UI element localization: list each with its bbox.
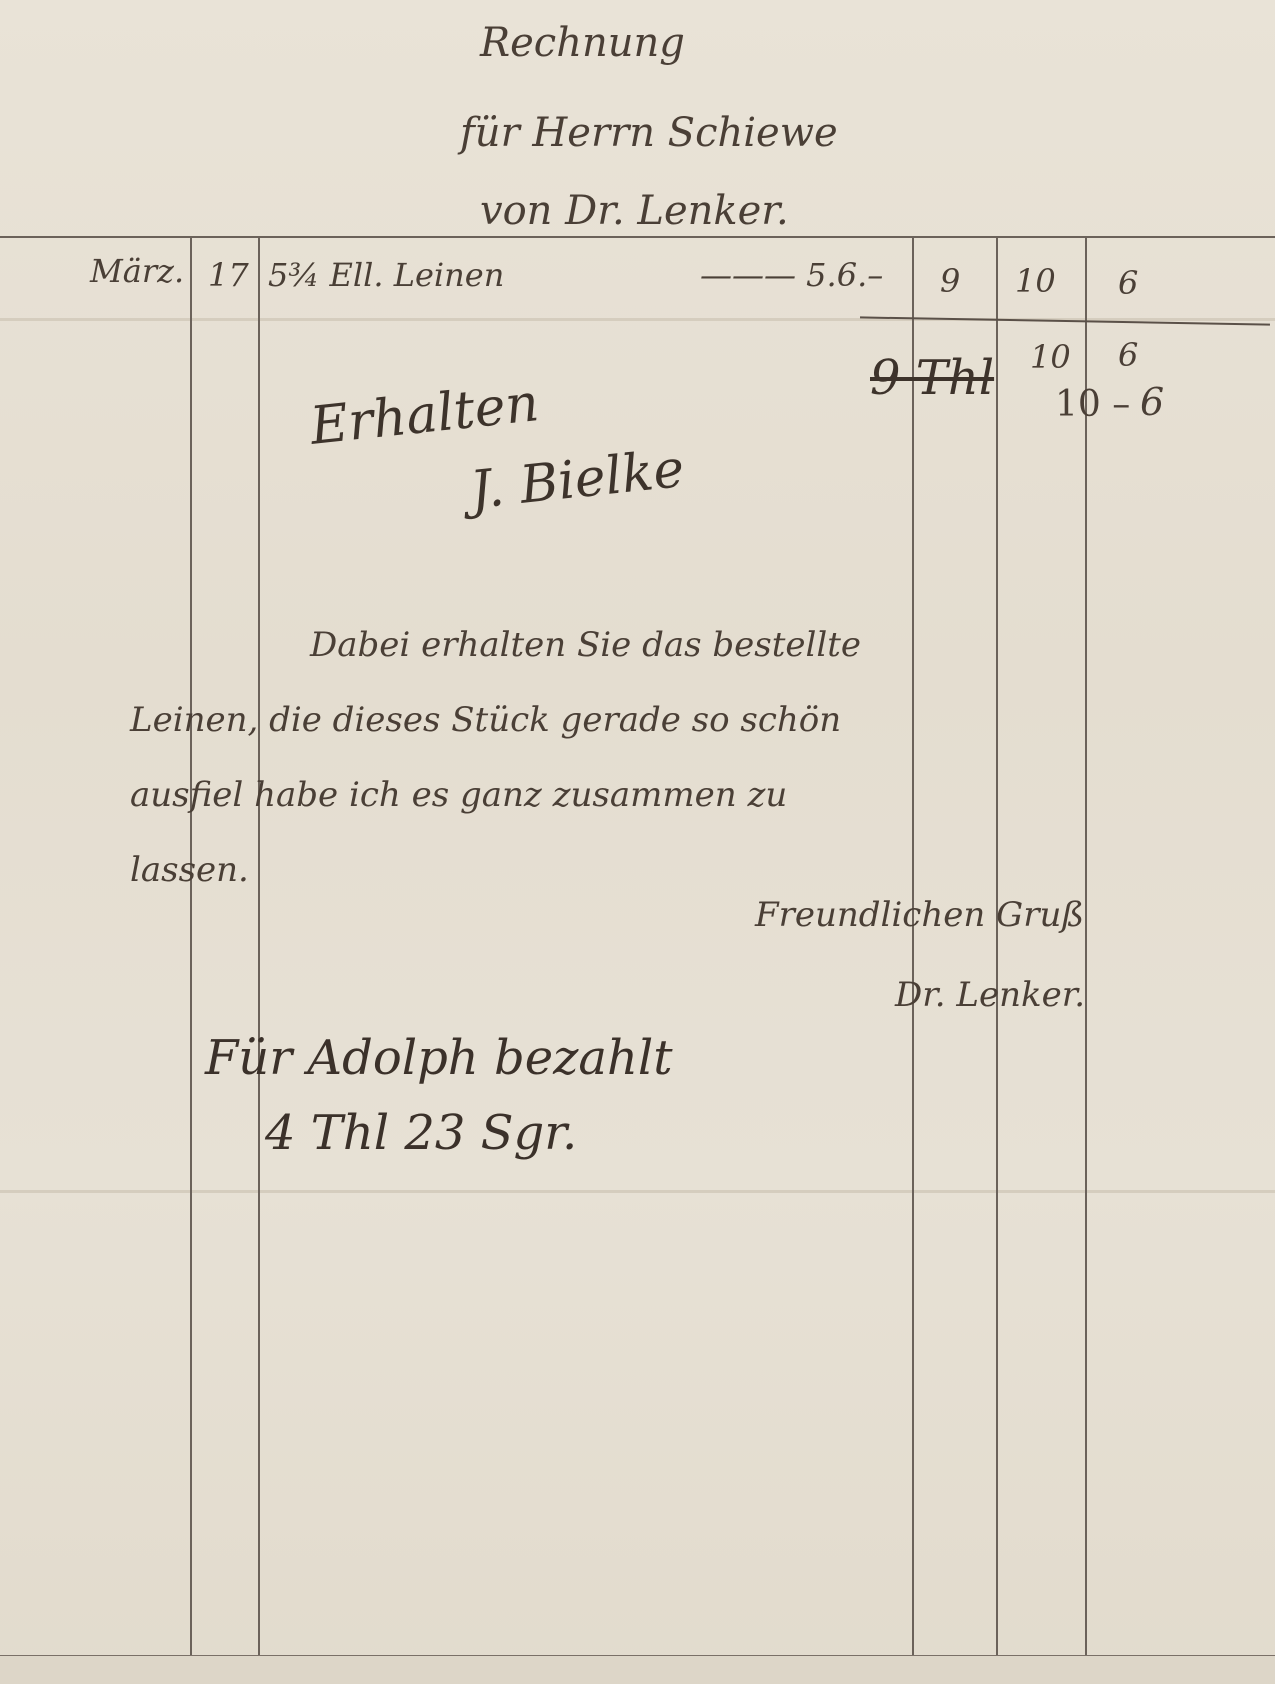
ledger-column-rule-pfennig: [1085, 236, 1087, 1656]
total-groschen: 10 –: [1055, 384, 1130, 425]
ledger-column-rule-thaler: [912, 236, 914, 1656]
total-pfennig: 6: [1140, 380, 1164, 424]
ledger-thaler: 9: [940, 262, 960, 300]
ledger-groschen: 10: [1015, 262, 1056, 300]
subtotal-pfennig: 6: [1118, 336, 1138, 374]
invoice-title: Rechnung: [480, 20, 685, 66]
ledger-column-rule-groschen: [996, 236, 998, 1656]
ledger-description: 5¾ Ell. Leinen: [268, 256, 504, 294]
invoice-sender: von Dr. Lenker.: [480, 188, 789, 234]
receipt-label: Erhalten: [307, 373, 541, 457]
receipt-signature: J. Bielke: [467, 439, 687, 521]
letter-line-2: Leinen, die dieses Stück gerade so schön: [130, 700, 841, 740]
letter-line-4: lassen.: [130, 850, 249, 890]
ledger-day: 17: [208, 256, 249, 294]
letter-line-3: ausfiel habe ich es ganz zusammen zu: [130, 775, 787, 815]
ledger-month: März.: [90, 252, 184, 290]
subtotal-groschen: 10: [1030, 338, 1071, 376]
struck-total: 9 Thl: [870, 350, 994, 406]
next-page-strip: [0, 1656, 1275, 1684]
letter-closing: Freundlichen Gruß: [755, 895, 1084, 935]
ledger-column-rule-month: [190, 236, 192, 1656]
ledger-pfennig: 6: [1118, 264, 1138, 302]
ledger-column-rule-day: [258, 236, 260, 1656]
payment-note-line-1: Für Adolph bezahlt: [205, 1030, 673, 1086]
payment-note-amount: 4 Thl 23 Sgr.: [265, 1105, 577, 1161]
letter-signature: Dr. Lenker.: [895, 975, 1085, 1015]
invoice-recipient: für Herrn Schiewe: [460, 110, 838, 156]
ledger-unit-price: ——— 5.6.–: [700, 256, 883, 294]
letter-line-1: Dabei erhalten Sie das bestellte: [310, 625, 861, 665]
